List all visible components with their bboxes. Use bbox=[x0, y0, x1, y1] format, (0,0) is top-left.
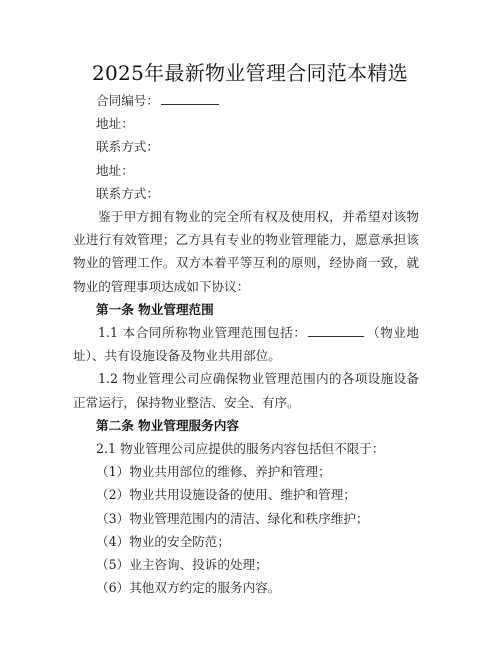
section-2-heading: 第二条 物业管理服务内容 bbox=[73, 414, 419, 437]
section-1-heading: 第一条 物业管理范围 bbox=[73, 298, 419, 321]
address-field-2: 地址： bbox=[73, 159, 419, 182]
clause-2-1: 2.1 物业管理公司应提供的服务内容包括但不限于： bbox=[73, 437, 419, 460]
preamble-paragraph: 鉴于甲方拥有物业的完全所有权及使用权，并希望对该物业进行有效管理；乙方具有专业的… bbox=[73, 205, 419, 298]
contract-number-field: 合同编号： bbox=[73, 89, 419, 112]
document-body: 合同编号： 地址： 联系方式： 地址： 联系方式： 鉴于甲方拥有物业的完全所有权… bbox=[73, 89, 419, 599]
contract-number-label: 合同编号： bbox=[96, 93, 159, 108]
clause-1-2: 1.2 物业管理公司应确保物业管理范围内的各项设施设备正常运行，保持物业整洁、安… bbox=[73, 367, 419, 413]
service-item-3: （3）物业管理范围内的清洁、绿化和秩序维护； bbox=[73, 507, 419, 530]
address-label-1: 地址： bbox=[96, 116, 134, 131]
clause-1-1: 1.1 本合同所称物业管理范围包括：（物业地址）、共有设施设备及物业共用部位。 bbox=[73, 321, 419, 367]
property-address-blank bbox=[308, 324, 364, 337]
contact-field-2: 联系方式： bbox=[73, 182, 419, 205]
address-label-2: 地址： bbox=[96, 163, 134, 178]
document-title: 2025年最新物业管理合同范本精选 bbox=[0, 58, 500, 88]
service-item-1: （1）物业共用部位的维修、养护和管理； bbox=[73, 460, 419, 483]
contact-field-1: 联系方式： bbox=[73, 135, 419, 158]
address-field-1: 地址： bbox=[73, 112, 419, 135]
service-item-2: （2）物业共用设施设备的使用、维护和管理； bbox=[73, 483, 419, 506]
clause-1-1-prefix: 1.1 本合同所称物业管理范围包括： bbox=[98, 325, 306, 340]
service-item-5: （5）业主咨询、投诉的处理； bbox=[73, 553, 419, 576]
contact-label-2: 联系方式： bbox=[96, 186, 159, 201]
service-item-4: （4）物业的安全防范； bbox=[73, 530, 419, 553]
service-item-6: （6）其他双方约定的服务内容。 bbox=[73, 576, 419, 599]
contact-label-1: 联系方式： bbox=[96, 139, 159, 154]
contract-number-blank bbox=[161, 92, 219, 105]
document-page: 2025年最新物业管理合同范本精选 合同编号： 地址： 联系方式： 地址： 联系… bbox=[0, 0, 500, 647]
